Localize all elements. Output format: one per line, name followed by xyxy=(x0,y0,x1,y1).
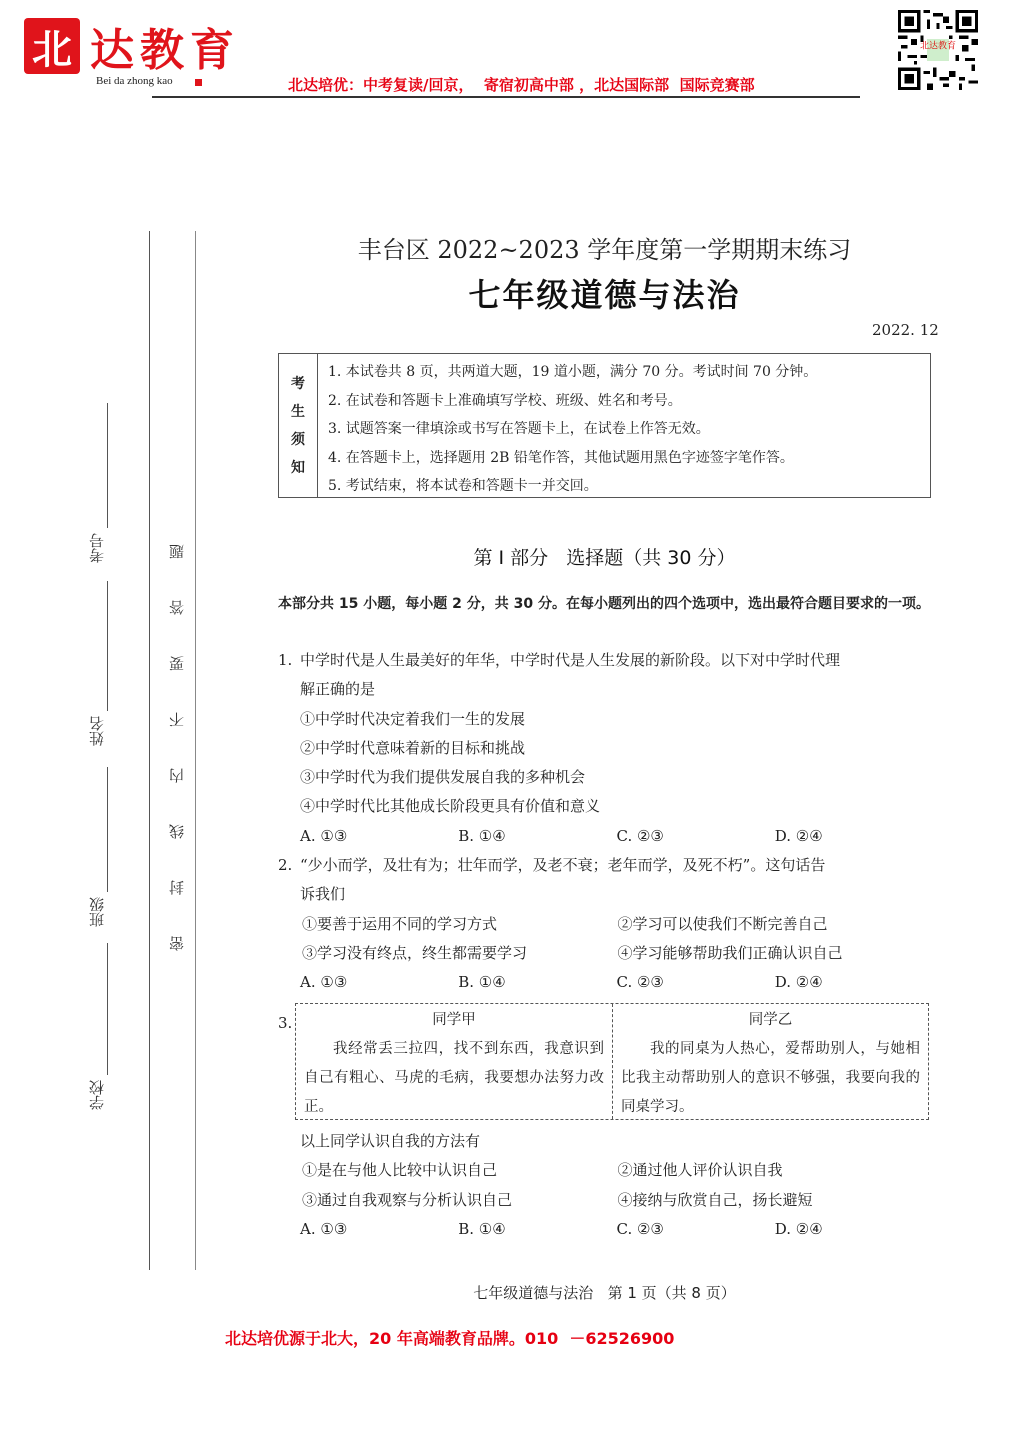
seal-char: 线 xyxy=(166,824,187,839)
statement-row: ③学习没有终点，终生都需要学习 ④学习能够帮助我们正确认识自己 xyxy=(278,939,933,968)
material-body: 我的同桌为人热心，爱帮助别人，与她相比我主动帮助别人的意识不够强，我要向我的同桌… xyxy=(621,1035,920,1122)
svg-text:北达教育: 北达教育 xyxy=(920,39,956,51)
option-b[interactable]: B. ①④ xyxy=(458,968,616,997)
question-1: 1.中学时代是人生最美好的年华，中学时代是人生发展的新阶段。以下对中学时代理 解… xyxy=(278,646,933,851)
logo-char: 北 xyxy=(32,18,72,75)
material-student-a: 同学甲 我经常丢三拉四，找不到东西，我意识到自己有粗心、马虎的毛病，我要想办法努… xyxy=(296,1004,612,1119)
option-c[interactable]: C. ②③ xyxy=(617,822,775,851)
seal-char: 题 xyxy=(166,544,187,559)
notice-heading-char: 考 xyxy=(291,370,305,398)
seal-char: 封 xyxy=(166,880,187,895)
material-header: 同学乙 xyxy=(621,1006,920,1035)
option-d[interactable]: D. ②④ xyxy=(775,822,933,851)
section-title: 第 I 部分 选择题（共 30 分） xyxy=(278,543,931,570)
school-field[interactable] xyxy=(107,943,108,1075)
logo-mark: 北 xyxy=(24,18,80,74)
question-stem: 中学时代是人生最美好的年华，中学时代是人生发展的新阶段。以下对中学时代理 xyxy=(300,651,840,669)
question-stem: “少小而学，及壮有为；壮年而学，及老不衰；老年而学，及死不朽”。这句话告 xyxy=(300,856,825,874)
field-label-exam-number: 考号 xyxy=(86,533,107,563)
seal-char: 不 xyxy=(166,712,187,727)
option-a[interactable]: A. ①③ xyxy=(300,968,458,997)
question-number: 2. xyxy=(278,851,300,880)
exam-subtitle: 丰台区 2022~2023 学年度第一学期期末练习 xyxy=(278,230,931,265)
statement: ③中学时代为我们提供发展自我的多种机会 xyxy=(278,763,933,792)
notice-heading: 考 生 须 知 xyxy=(279,354,318,497)
statement: ①是在与他人比较中认识自己 xyxy=(302,1156,618,1185)
footer-advert: 北达培优源于北大，20 年高端教育品牌。010 －62526900 xyxy=(225,1326,674,1349)
option-c[interactable]: C. ②③ xyxy=(617,968,775,997)
answer-options: A. ①③ B. ①④ C. ②③ D. ②④ xyxy=(278,1215,933,1244)
notice-item: 5. 考试结束，将本试卷和答题卡一并交回。 xyxy=(328,472,930,501)
header-divider xyxy=(152,96,860,98)
answer-options: A. ①③ B. ①④ C. ②③ D. ②④ xyxy=(278,968,933,997)
statement: ②学习可以使我们不断完善自己 xyxy=(618,910,934,939)
question-3-material-table: 同学甲 我经常丢三拉四，找不到东西，我意识到自己有粗心、马虎的毛病，我要想办法努… xyxy=(295,1003,929,1120)
material-student-b: 同学乙 我的同桌为人热心，爱帮助别人，与她相比我主动帮助别人的意识不够强，我要向… xyxy=(612,1004,928,1119)
exam-number-field[interactable] xyxy=(107,403,108,528)
question-stem: 以上同学认识自我的方法有 xyxy=(278,1127,933,1156)
question-stem-cont: 解正确的是 xyxy=(278,675,933,704)
material-body: 我经常丢三拉四，找不到东西，我意识到自己有粗心、马虎的毛病，我要想办法努力改正。 xyxy=(304,1035,604,1122)
logo-square-icon xyxy=(195,79,202,86)
notice-item: 3. 试题答案一律填涂或书写在答题卡上，在试卷上作答无效。 xyxy=(328,415,930,444)
seal-char: 内 xyxy=(166,768,187,783)
seal-char: 答 xyxy=(166,600,187,615)
statement: ③学习没有终点，终生都需要学习 xyxy=(302,939,618,968)
field-label-school: 学校 xyxy=(86,1080,107,1110)
option-d[interactable]: D. ②④ xyxy=(775,968,933,997)
logo-subtitle: Bei da zhong kao xyxy=(96,75,173,87)
option-a[interactable]: A. ①③ xyxy=(300,822,458,851)
notice-heading-char: 知 xyxy=(291,454,305,482)
qr-code-icon: 北达教育 xyxy=(898,10,978,90)
page-info: 七年级道德与法治 第 1 页（共 8 页） xyxy=(278,1282,931,1303)
field-label-class: 班级 xyxy=(86,897,107,927)
option-b[interactable]: B. ①④ xyxy=(458,822,616,851)
statement: ④中学时代比其他成长阶段更具有价值和意义 xyxy=(278,792,933,821)
seal-char: 密 xyxy=(166,936,187,951)
statement: ②中学时代意味着新的目标和挑战 xyxy=(278,734,933,763)
question-number: 1. xyxy=(278,646,300,675)
option-a[interactable]: A. ①③ xyxy=(300,1215,458,1244)
statement: ④学习能够帮助我们正确认识自己 xyxy=(618,939,934,968)
option-b[interactable]: B. ①④ xyxy=(458,1215,616,1244)
name-field[interactable] xyxy=(107,581,108,711)
section-instructions: 本部分共 15 小题，每小题 2 分，共 30 分。在每小题列出的四个选项中，选… xyxy=(278,590,933,619)
class-field[interactable] xyxy=(107,767,108,892)
notice-item: 4. 在答题卡上，选择题用 2B 铅笔作答，其他试题用黑色字迹签字笔作答。 xyxy=(328,444,930,473)
statement-row: ①是在与他人比较中认识自己 ②通过他人评价认识自我 xyxy=(278,1156,933,1185)
answer-options: A. ①③ B. ①④ C. ②③ D. ②④ xyxy=(278,822,933,851)
binding-line-inner xyxy=(195,231,196,1270)
exam-date: 2022. 12 xyxy=(872,321,939,339)
option-d[interactable]: D. ②④ xyxy=(775,1215,933,1244)
header-slogan: 北达培优：中考复读/回京， 寄宿初高中部 ，北达国际部 国际竞赛部 xyxy=(288,74,755,95)
field-label-name: 姓名 xyxy=(86,716,107,746)
question-number: 3. xyxy=(278,1014,292,1032)
question-stem-cont: 诉我们 xyxy=(278,880,933,909)
notice-heading-char: 生 xyxy=(291,398,305,426)
notice-item: 1. 本试卷共 8 页，共两道大题，19 道小题，满分 70 分。考试时间 70… xyxy=(328,358,930,387)
notice-list: 1. 本试卷共 8 页，共两道大题，19 道小题，满分 70 分。考试时间 70… xyxy=(318,354,930,497)
question-2: 2.“少小而学，及壮有为；壮年而学，及老不衰；老年而学，及死不朽”。这句话告 诉… xyxy=(278,851,933,997)
logo-text: 达教育 xyxy=(90,14,240,78)
statement-row: ③通过自我观察与分析认识自己 ④接纳与欣赏自己，扬长避短 xyxy=(278,1186,933,1215)
statement: ②通过他人评价认识自我 xyxy=(618,1156,934,1185)
notice-item: 2. 在试卷和答题卡上准确填写学校、班级、姓名和考号。 xyxy=(328,387,930,416)
statement: ①要善于运用不同的学习方式 xyxy=(302,910,618,939)
notice-heading-char: 须 xyxy=(291,426,305,454)
statement: ①中学时代决定着我们一生的发展 xyxy=(278,705,933,734)
statement: ③通过自我观察与分析认识自己 xyxy=(302,1186,618,1215)
exam-title: 七年级道德与法治 xyxy=(278,270,931,316)
statement-row: ①要善于运用不同的学习方式 ②学习可以使我们不断完善自己 xyxy=(278,910,933,939)
binding-line-outer xyxy=(149,231,150,1270)
exam-notice-table: 考 生 须 知 1. 本试卷共 8 页，共两道大题，19 道小题，满分 70 分… xyxy=(278,353,931,498)
material-header: 同学甲 xyxy=(304,1006,604,1035)
question-3: 以上同学认识自我的方法有 ①是在与他人比较中认识自己 ②通过他人评价认识自我 ③… xyxy=(278,1127,933,1244)
seal-char: 要 xyxy=(166,656,187,671)
option-c[interactable]: C. ②③ xyxy=(617,1215,775,1244)
statement: ④接纳与欣赏自己，扬长避短 xyxy=(618,1186,934,1215)
